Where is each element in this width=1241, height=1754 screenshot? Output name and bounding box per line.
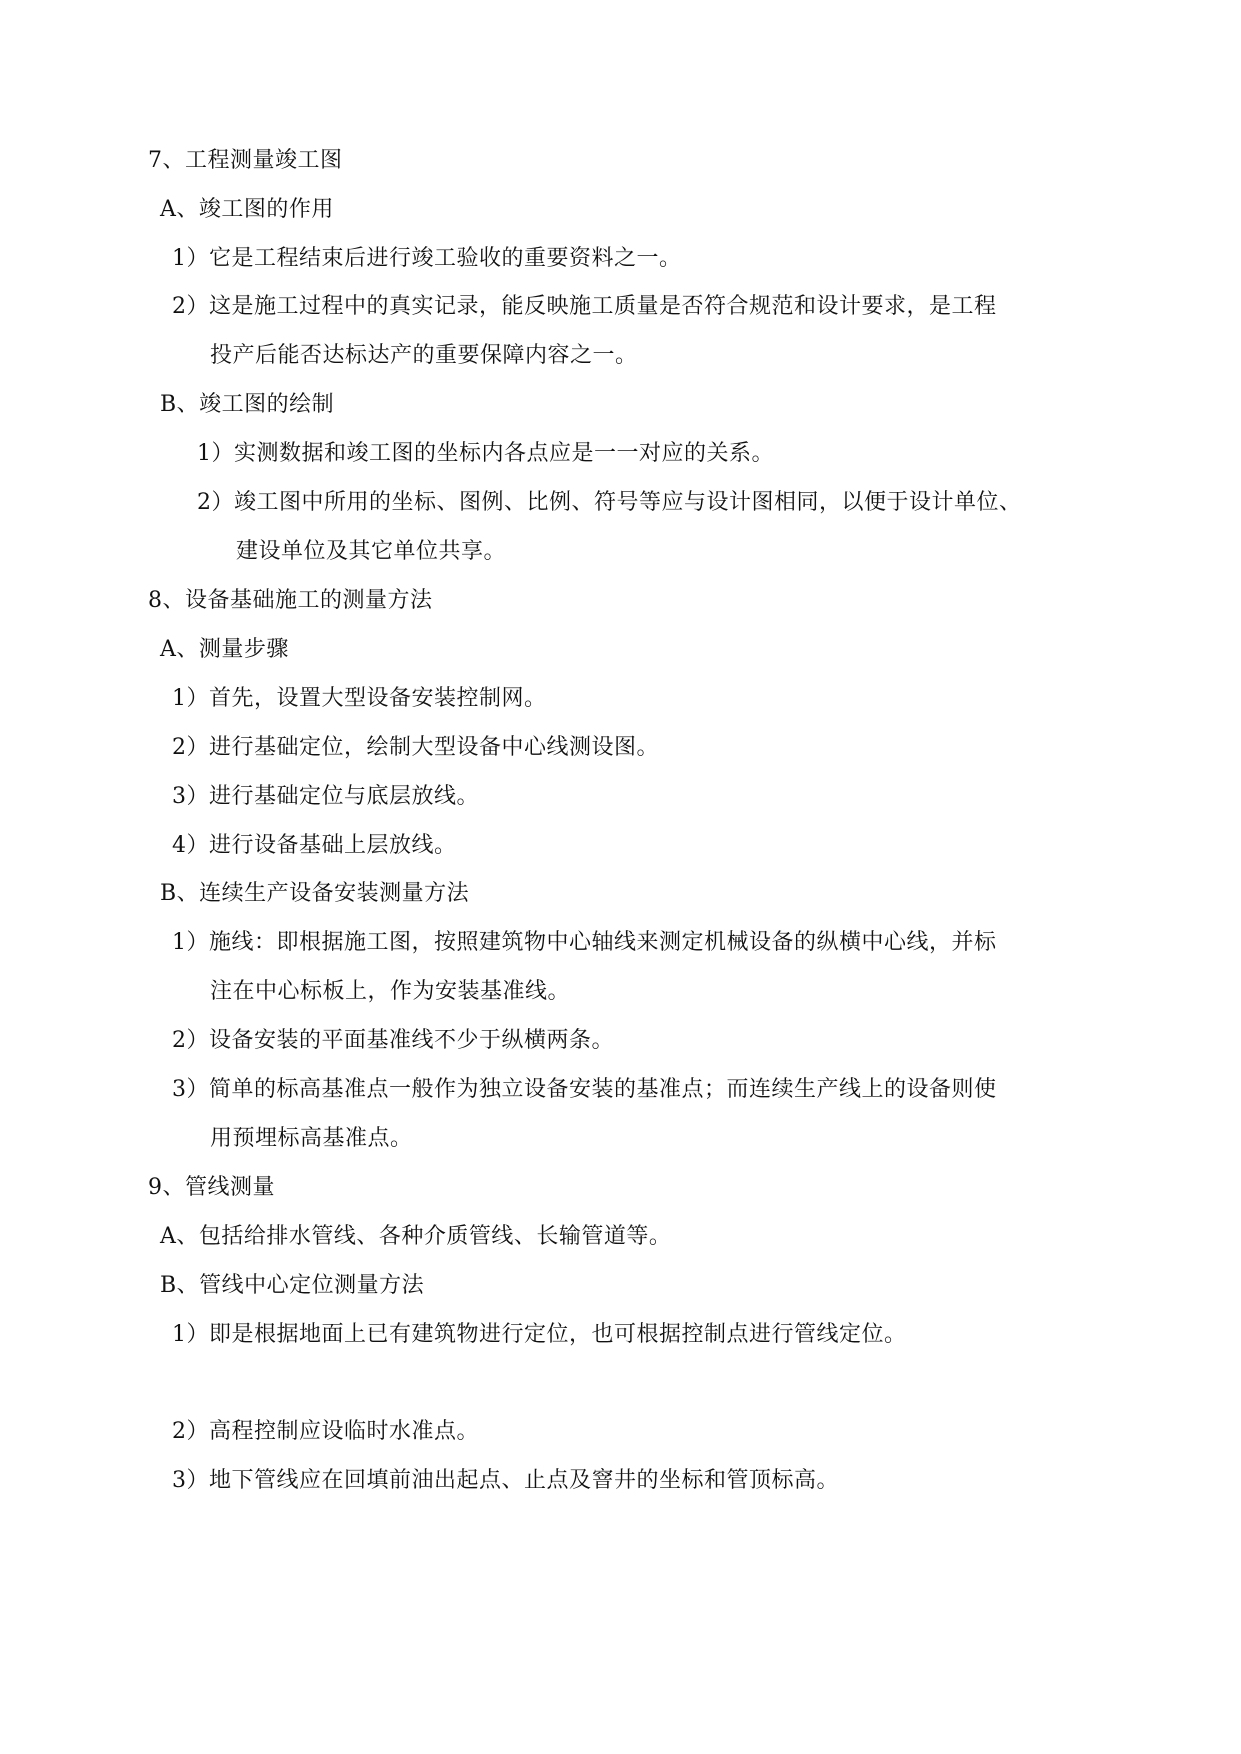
section-8a-heading: A、测量步骤: [160, 635, 289, 665]
list-item: 2）这是施工过程中的真实记录，能反映施工质量是否符合规范和设计要求，是工程: [172, 292, 997, 322]
list-item: 1）首先，设置大型设备安装控制网。: [172, 684, 547, 714]
list-item: 2）进行基础定位，绘制大型设备中心线测设图。: [172, 733, 659, 763]
section-7a-heading: A、竣工图的作用: [160, 195, 334, 225]
list-item: 1）施线：即根据施工图，按照建筑物中心轴线来测定机械设备的纵横中心线，并标: [172, 928, 997, 958]
section-7-heading: 7、工程测量竣工图: [148, 146, 343, 176]
list-item: 2）设备安装的平面基准线不少于纵横两条。: [172, 1026, 614, 1056]
list-item-continuation: 建设单位及其它单位共享。: [236, 537, 506, 567]
list-item-continuation: 注在中心标板上，作为安装基准线。: [210, 977, 570, 1007]
list-item-continuation: 投产后能否达标达产的重要保障内容之一。: [210, 341, 638, 371]
list-item: 3）简单的标高基准点一般作为独立设备安装的基准点；而连续生产线上的设备则使: [172, 1075, 997, 1105]
list-item: 2）高程控制应设临时水准点。: [172, 1417, 479, 1447]
list-item: 1）实测数据和竣工图的坐标内各点应是一一对应的关系。: [197, 439, 774, 469]
list-item-continuation: 用预埋标高基准点。: [210, 1124, 413, 1154]
list-item: 1）即是根据地面上已有建筑物进行定位，也可根据控制点进行管线定位。: [172, 1320, 907, 1350]
section-8-heading: 8、设备基础施工的测量方法: [148, 586, 433, 616]
section-9b-heading: B、管线中心定位测量方法: [160, 1271, 424, 1301]
section-9-heading: 9、管线测量: [148, 1173, 275, 1203]
section-9a-text: A、包括给排水管线、各种介质管线、长输管道等。: [160, 1222, 671, 1252]
list-item: 2）竣工图中所用的坐标、图例、比例、符号等应与设计图相同，以便于设计单位、: [197, 488, 1022, 518]
list-item: 4）进行设备基础上层放线。: [172, 831, 457, 861]
document-page: 7、工程测量竣工图 A、竣工图的作用 1）它是工程结束后进行竣工验收的重要资料之…: [0, 0, 1241, 1754]
section-7b-heading: B、竣工图的绘制: [160, 390, 334, 420]
list-item: 1）它是工程结束后进行竣工验收的重要资料之一。: [172, 244, 682, 274]
list-item: 3）进行基础定位与底层放线。: [172, 782, 479, 812]
section-8b-heading: B、连续生产设备安装测量方法: [160, 879, 469, 909]
list-item: 3）地下管线应在回填前油出起点、止点及窨井的坐标和管顶标高。: [172, 1466, 839, 1496]
